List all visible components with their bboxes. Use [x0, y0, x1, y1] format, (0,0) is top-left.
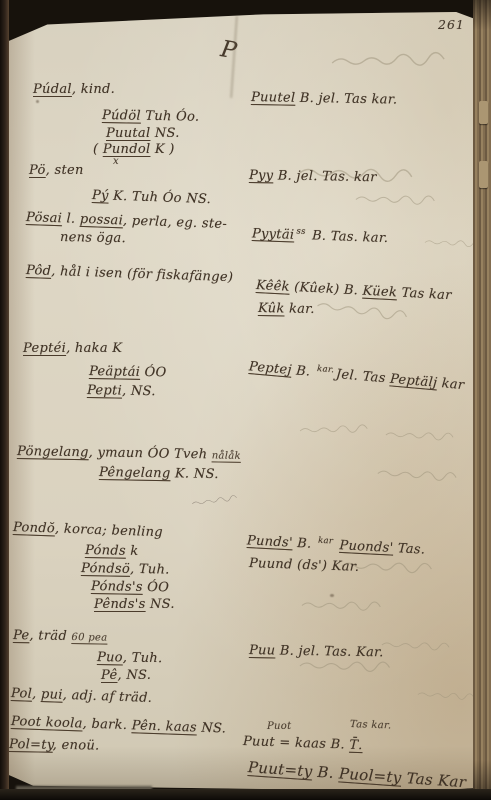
entry-equivalent-line: Kûk kar. — [258, 301, 315, 317]
text-segment: Pö — [29, 163, 46, 178]
entry-equivalent-line: Puot — [267, 718, 291, 733]
entry-equivalent-line: Puund (ds') Kar. — [249, 556, 360, 575]
text-segment: Puut=ty — [247, 758, 313, 780]
text-segment: B. — [292, 536, 316, 552]
entry-equivalent-line: Tas kar. — [350, 716, 392, 732]
text-segment: B. jel. Tas. Kar. — [275, 643, 383, 660]
book-binding-edge — [0, 0, 9, 800]
text-segment: , NS. — [122, 384, 156, 400]
text-segment: nålåk — [212, 450, 241, 462]
text-segment: ÓO — [143, 580, 170, 595]
entry-form-line: Pónds's ÓO — [91, 579, 169, 595]
page-number: 261 — [438, 17, 465, 32]
text-segment: , haka K — [66, 341, 122, 356]
text-segment: , enoü. — [53, 738, 100, 754]
entry-equivalent-line: Pyytäiss B. Tas. kar. — [252, 225, 389, 246]
entry-form-line: ( Pundol K ) — [93, 142, 175, 157]
photo-background-bottom — [0, 789, 491, 800]
text-segment: Pöngelang — [17, 444, 89, 460]
text-segment: Puu — [249, 643, 276, 658]
text-segment: Púdal — [33, 82, 72, 97]
text-segment: 60 pea — [71, 632, 107, 644]
text-segment: Pondŏ — [13, 520, 56, 536]
text-segment: Pónds — [85, 543, 126, 559]
text-segment: Puonds' — [339, 538, 394, 556]
text-segment: Puo — [97, 650, 123, 665]
entry-headword-line: Pösai l. possai, perla, eg. ste- — [26, 210, 228, 232]
text-segment: Pyytäi — [252, 226, 295, 242]
entry-form-line: Pepti, NS. — [87, 383, 156, 399]
text-segment: Pôd — [26, 263, 52, 279]
text-segment: , NS. — [117, 668, 151, 683]
text-segment: B. — [291, 363, 315, 380]
text-segment: Pe — [13, 628, 30, 643]
text-segment: Küek — [362, 284, 397, 301]
text-segment: , korca; benling — [55, 521, 163, 540]
text-segment: kar — [437, 376, 465, 393]
text-segment: Púdöl — [102, 108, 141, 124]
text-segment: Pundol — [103, 142, 151, 157]
text-segment: Pösai — [26, 210, 63, 226]
text-segment: , perla, eg. ste- — [123, 213, 227, 232]
entry-form-line: Pol=ty, enoü. — [9, 737, 100, 754]
entry-form-line: Pênds's NS. — [94, 597, 175, 612]
text-segment: ss — [296, 227, 306, 237]
ink-spot — [36, 100, 39, 103]
text-segment: B. — [312, 763, 340, 783]
text-segment: Peptéi — [23, 341, 66, 356]
text-segment: ÓO — [140, 365, 167, 380]
text-segment: K ) — [150, 142, 174, 157]
text-segment: Peptälj — [389, 372, 438, 391]
text-segment: Pê — [101, 668, 117, 683]
text-segment: Punds' — [247, 533, 294, 550]
entry-form-line: Peäptái ÓO — [89, 364, 167, 380]
text-segment: possai — [80, 212, 124, 228]
text-segment: Pónds's — [91, 579, 143, 595]
text-segment: l. — [62, 211, 80, 227]
text-segment: K. Tuh Óo NS. — [108, 189, 211, 208]
text-segment: NS. — [197, 720, 227, 736]
manuscript-photo: 261 P Púdal, kind. Púdöl Tuh Óo. Puutal … — [0, 0, 491, 800]
text-segment: Pyy — [249, 168, 274, 183]
text-segment: , Tuh. — [123, 650, 163, 666]
entry-equivalent-line: Peptej B. kar.Jel. Tas Peptälj kar — [248, 358, 465, 393]
entry-equivalent-line: Punds' B. kar Puonds' Tas. — [247, 532, 426, 558]
text-segment: Puutal — [106, 126, 150, 141]
entry-equivalent-line: Puut = kaas B. T̄. — [243, 734, 363, 753]
text-segment: , Tuh. — [130, 562, 170, 578]
text-segment: (Kûek) B. — [289, 280, 363, 299]
text-segment: Puot — [267, 721, 291, 732]
manuscript-content: 261 P Púdal, kind. Púdöl Tuh Óo. Puutal … — [0, 0, 491, 800]
text-segment: B. Tas. kar. — [307, 228, 388, 246]
text-segment: kar. — [284, 301, 314, 317]
text-segment: Pênds's — [94, 597, 146, 612]
text-segment: , hål i isen (för fiskafänge) — [51, 264, 233, 285]
text-segment: Pý — [92, 188, 109, 204]
text-segment: Kûk — [258, 301, 285, 316]
entry-headword-line: Poot koola, bark. Pên. kaas NS. — [11, 714, 227, 737]
text-segment: Pepti — [87, 383, 122, 399]
text-segment: Tas kar — [397, 285, 452, 303]
text-segment: Pol=ty — [9, 737, 53, 753]
text-segment: ( — [93, 142, 103, 157]
text-segment: Poot koola — [11, 714, 83, 731]
text-segment: Tas. — [393, 541, 426, 558]
text-segment: B. jel. Tas. kar — [273, 168, 377, 185]
text-segment: Pol — [11, 686, 33, 702]
text-segment: Puutel — [251, 90, 296, 106]
text-segment: Jel. Tas — [335, 367, 390, 387]
text-segment: T̄. — [349, 738, 363, 753]
text-segment: Puut = kaas B. — [243, 734, 350, 753]
entry-form-line: Póndsö, Tuh. — [81, 561, 170, 578]
text-segment: Peäptái — [89, 364, 140, 380]
entry-equivalent-line: Puu B. jel. Tas. Kar. — [249, 643, 384, 660]
entry-equivalent-line: Pyy B. jel. Tas. kar — [249, 168, 377, 185]
text-segment: NS. — [150, 126, 179, 141]
entry-form-line: Pý K. Tuh Óo NS. — [92, 188, 212, 207]
text-segment: Pên. kaas — [131, 718, 197, 735]
text-segment: , kind. — [72, 82, 115, 97]
text-segment: pui — [41, 687, 63, 703]
text-segment: Tas Kar — [401, 769, 467, 791]
entry-headword-line: Pondŏ, korca; benling — [13, 520, 163, 540]
correction-mark: x — [113, 156, 119, 167]
text-segment: k — [126, 544, 139, 559]
entry-equivalent-line: Puut=ty B. Puol=ty Tas Kar — [247, 758, 466, 791]
text-segment: , sten — [46, 163, 84, 178]
text-segment: nens öga. — [60, 230, 126, 246]
text-segment: , bark. — [82, 717, 132, 734]
entry-equivalent-line: Puutel B. jel. Tas kar. — [251, 90, 398, 108]
entry-headword-line: Pe, träd 60 pea — [13, 628, 108, 645]
text-segment: kar — [318, 536, 334, 547]
text-segment: B. jel. Tas kar. — [295, 91, 397, 108]
entry-form-line: Pê, NS. — [101, 668, 151, 683]
entry-headword-line: Pol, pui, adj. af träd. — [11, 686, 153, 706]
entry-form-line: Púdöl Tuh Óo. — [102, 108, 200, 125]
entry-equivalent-line: Kêêk (Kûek) B. Küek Tas kar — [256, 278, 452, 303]
text-segment: Puol=ty — [338, 764, 402, 786]
text-segment: K. NS. — [170, 466, 218, 482]
entry-headword-line: Pö, sten — [29, 163, 84, 178]
text-segment: NS. — [146, 597, 175, 612]
entry-headword-line: Pôd, hål i isen (för fiskafänge) — [26, 263, 234, 285]
entry-gloss-line: nens öga. — [60, 230, 126, 246]
entry-form-line: Puutal NS. — [106, 126, 180, 141]
text-segment: kar. — [317, 364, 335, 375]
text-segment: , adj. af träd. — [62, 688, 152, 706]
text-segment: Tas kar. — [350, 719, 392, 731]
entry-form-line: Pónds k — [85, 543, 139, 559]
page-tab — [479, 101, 488, 124]
text-segment: , träd — [29, 628, 71, 644]
text-segment: Puund (ds') Kar. — [249, 556, 360, 575]
entry-headword-line: Peptéi, haka K — [23, 341, 122, 356]
text-segment: Pêngelang — [99, 465, 171, 481]
text-segment: Peptej — [248, 359, 292, 378]
ink-spot — [330, 594, 334, 597]
text-segment: Kêêk — [256, 278, 291, 295]
text-segment: Tuh Óo. — [141, 109, 200, 125]
entry-form-line: Puo, Tuh. — [97, 650, 163, 666]
text-segment: , ymaun ÓO Tveh — [89, 445, 212, 462]
entry-headword-line: Púdal, kind. — [33, 82, 115, 97]
entry-form-line: Pêngelang K. NS. — [99, 465, 219, 482]
text-segment: x — [113, 156, 119, 167]
entry-headword-line: Pöngelang, ymaun ÓO Tveh nålåk — [17, 444, 241, 463]
page-tab — [479, 161, 488, 188]
text-segment: Póndsö — [81, 561, 130, 577]
